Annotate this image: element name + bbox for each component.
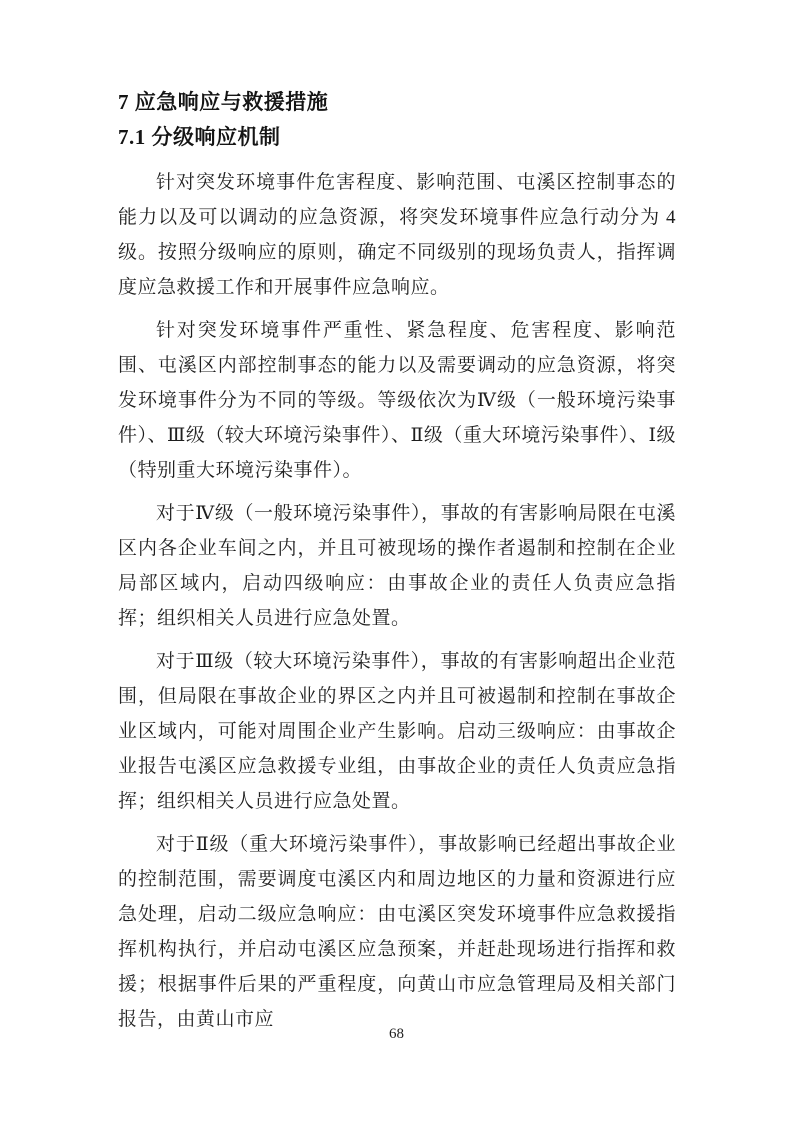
- page-number: 68: [0, 1026, 793, 1043]
- paragraph-level-4-response: 对于Ⅳ级（一般环境污染事件），事故的有害影响局限在屯溪区内各企业车间之内，并且可…: [118, 496, 676, 636]
- paragraph-grading-basis: 针对突发环境事件危害程度、影响范围、屯溪区控制事态的能力以及可以调动的应急资源，…: [118, 165, 676, 305]
- section-heading: 7 应急响应与救援措施: [118, 88, 676, 116]
- subsection-heading: 7.1 分级响应机制: [118, 123, 676, 151]
- paragraph-level-2-response: 对于Ⅱ级（重大环境污染事件），事故影响已经超出事故企业的控制范围，需要调度屯溪区…: [118, 827, 676, 1037]
- document-page: 7 应急响应与救援措施 7.1 分级响应机制 针对突发环境事件危害程度、影响范围…: [0, 0, 793, 1122]
- document-body: 7 应急响应与救援措施 7.1 分级响应机制 针对突发环境事件危害程度、影响范围…: [118, 88, 676, 1045]
- paragraph-level-3-response: 对于Ⅲ级（较大环境污染事件），事故的有害影响超出企业范围，但局限在事故企业的界区…: [118, 644, 676, 819]
- paragraph-event-levels: 针对突发环境事件严重性、紧急程度、危害程度、影响范围、屯溪区内部控制事态的能力以…: [118, 313, 676, 488]
